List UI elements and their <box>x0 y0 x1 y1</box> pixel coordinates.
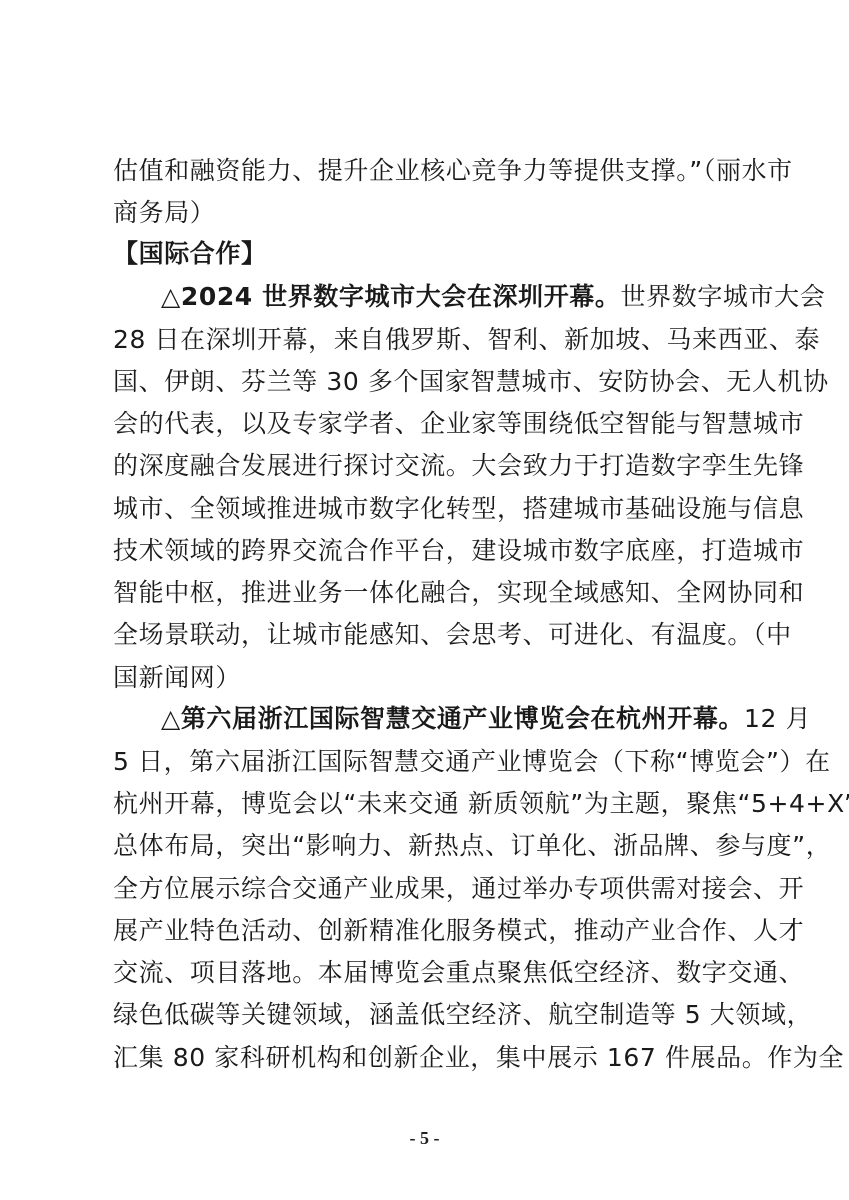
paragraph-line: 智能中枢，推进业务一体化融合，实现全域感知、全网协同和 <box>113 573 753 613</box>
article-1-title: △2024 世界数字城市大会在深圳开幕。 <box>161 282 621 311</box>
paragraph-line: 全场景联动，让城市能感知、会思考、可进化、有温度。（中 <box>113 615 753 655</box>
article-2-first-line: △第六届浙江国际智慧交通产业博览会在杭州开幕。12 月 <box>161 699 753 739</box>
document-page: 估值和融资能力、提升企业核心竞争力等提供支撑。”（丽水市 商务局） 【国际合作】… <box>0 0 849 1200</box>
paragraph-text: 12 月 <box>744 704 811 733</box>
paragraph-line: 商务局） <box>113 193 753 233</box>
paragraph-text: 世界数字城市大会 <box>621 282 826 311</box>
paragraph-line: 绿色低碳等关键领域，涵盖低空经济、航空制造等 5 大领域， <box>113 995 753 1035</box>
section-heading: 【国际合作】 <box>113 234 753 274</box>
paragraph-line: 展产业特色活动、创新精准化服务模式，推动产业合作、人才 <box>113 911 753 951</box>
paragraph-line: 5 日，第六届浙江国际智慧交通产业博览会（下称“博览会”）在 <box>113 742 753 782</box>
paragraph-line: 汇集 80 家科研机构和创新企业，集中展示 167 件展品。作为全 <box>113 1038 753 1078</box>
article-2-title: △第六届浙江国际智慧交通产业博览会在杭州开幕。 <box>161 704 744 733</box>
paragraph-line: 总体布局，突出“影响力、新热点、订单化、浙品牌、参与度”， <box>113 826 753 866</box>
paragraph-line: 国、伊朗、芬兰等 30 多个国家智慧城市、安防协会、无人机协 <box>113 362 753 402</box>
article-1-first-line: △2024 世界数字城市大会在深圳开幕。世界数字城市大会 <box>161 277 753 317</box>
paragraph-line: 杭州开幕，博览会以“未来交通 新质领航”为主题，聚焦“5+4+X” <box>113 784 753 824</box>
paragraph-line: 28 日在深圳开幕，来自俄罗斯、智利、新加坡、马来西亚、泰 <box>113 320 753 360</box>
paragraph-line: 国新闻网） <box>113 658 753 698</box>
paragraph-line: 估值和融资能力、提升企业核心竞争力等提供支撑。”（丽水市 <box>113 151 753 191</box>
page-number: - 5 - <box>0 1128 849 1149</box>
paragraph-line: 城市、全领域推进城市数字化转型，搭建城市基础设施与信息 <box>113 489 753 529</box>
paragraph-line: 会的代表，以及专家学者、企业家等围绕低空智能与智慧城市 <box>113 404 753 444</box>
paragraph-line: 技术领域的跨界交流合作平台，建设城市数字底座，打造城市 <box>113 531 753 571</box>
paragraph-line: 全方位展示综合交通产业成果，通过举办专项供需对接会、开 <box>113 869 753 909</box>
paragraph-line: 的深度融合发展进行探讨交流。大会致力于打造数字孪生先锋 <box>113 446 753 486</box>
paragraph-line: 交流、项目落地。本届博览会重点聚焦低空经济、数字交通、 <box>113 953 753 993</box>
